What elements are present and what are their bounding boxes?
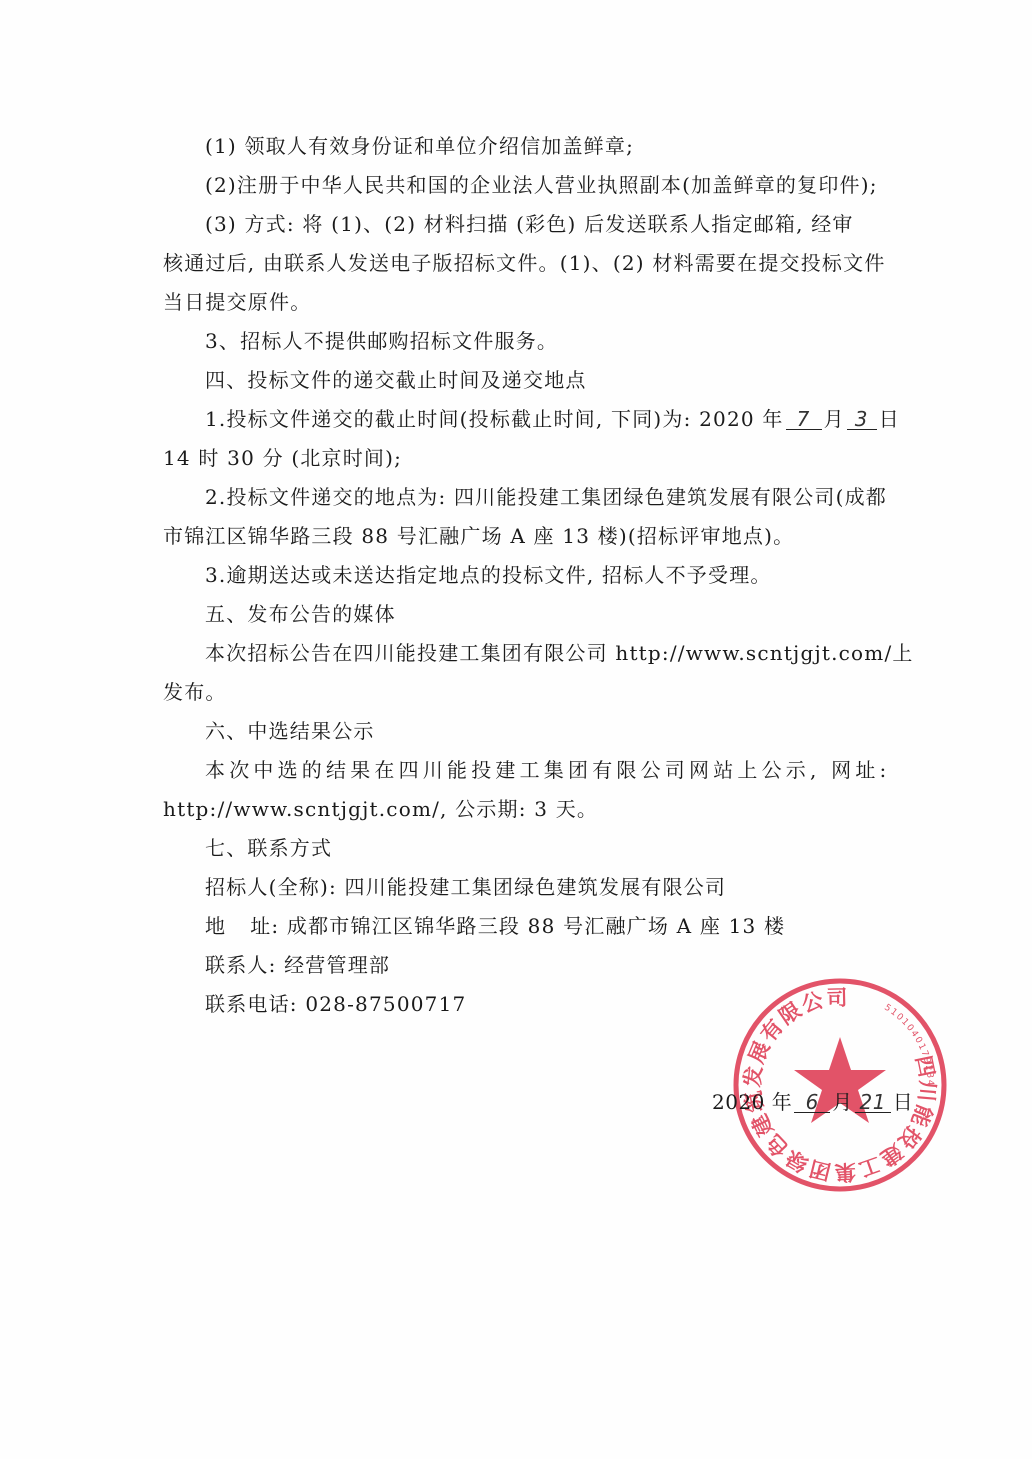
tenderer-label: 招标人(全称): bbox=[205, 875, 337, 899]
address-label-1: 地 bbox=[205, 914, 226, 938]
handwritten-deadline-day: 3 bbox=[847, 409, 877, 430]
handwritten-sign-day: 21 bbox=[855, 1092, 891, 1113]
phone-value: 028-87500717 bbox=[305, 992, 466, 1016]
section-heading-6: 六、中选结果公示 bbox=[205, 719, 925, 743]
contact-phone: 联系电话: 028-87500717 bbox=[205, 992, 925, 1016]
date-year: 2020 bbox=[712, 1090, 765, 1114]
contact-address: 地址: 成都市锦江区锦华路三段 88 号汇融广场 A 座 13 楼 bbox=[205, 914, 925, 938]
address-label-2: 址: bbox=[250, 914, 279, 938]
day-unit: 日 bbox=[879, 407, 900, 431]
paragraph-requirement-3-line1: (3) 方式: 将 (1)、(2) 材料扫描 (彩色) 后发送联系人指定邮箱, … bbox=[205, 212, 925, 236]
phone-label: 联系电话: bbox=[205, 992, 298, 1016]
handwritten-sign-month: 6 bbox=[794, 1092, 830, 1113]
section-heading-5: 五、发布公告的媒体 bbox=[205, 602, 925, 626]
location-line2: 市锦江区锦华路三段 88 号汇融广场 A 座 13 楼)(招标评审地点)。 bbox=[163, 524, 883, 548]
media-line2: 发布。 bbox=[163, 680, 883, 704]
result-line1: 本次中选的结果在四川能投建工集团有限公司网站上公示, 网址: bbox=[205, 758, 925, 782]
tenderer-value: 四川能投建工集团绿色建筑发展有限公司 bbox=[345, 875, 727, 899]
paragraph-no-mail-order: 3、招标人不提供邮购招标文件服务。 bbox=[205, 329, 925, 353]
late-submission-note: 3.逾期送达或未送达指定地点的投标文件, 招标人不予受理。 bbox=[205, 563, 925, 587]
person-label: 联系人: bbox=[205, 953, 277, 977]
contact-tenderer: 招标人(全称): 四川能投建工集团绿色建筑发展有限公司 bbox=[205, 875, 925, 899]
paragraph-requirement-3-line3: 当日提交原件。 bbox=[163, 290, 883, 314]
address-value: 成都市锦江区锦华路三段 88 号汇融广场 A 座 13 楼 bbox=[287, 914, 785, 938]
signature-date: 2020 年6月21日 bbox=[712, 1090, 913, 1114]
section-heading-7: 七、联系方式 bbox=[205, 836, 925, 860]
date-month-unit: 月 bbox=[832, 1090, 853, 1114]
paragraph-requirement-3-line2: 核通过后, 由联系人发送电子版招标文件。(1)、(2) 材料需要在提交投标文件 bbox=[163, 251, 883, 275]
handwritten-deadline-month: 7 bbox=[786, 409, 822, 430]
paragraph-requirement-2: (2)注册于中华人民共和国的企业法人营业执照副本(加盖鲜章的复印件); bbox=[205, 173, 925, 197]
document-page: (1) 领取人有效身份证和单位介绍信加盖鲜章; (2)注册于中华人民共和国的企业… bbox=[0, 0, 1032, 1459]
deadline-line2: 14 时 30 分 (北京时间); bbox=[163, 446, 883, 470]
deadline-line1: 1.投标文件递交的截止时间(投标截止时间, 下同)为: 2020 年7月3日 bbox=[205, 407, 925, 431]
deadline-prefix: 1.投标文件递交的截止时间(投标截止时间, 下同)为: 2020 年 bbox=[205, 407, 784, 431]
section-heading-4: 四、投标文件的递交截止时间及递交地点 bbox=[205, 368, 925, 392]
result-line2: http://www.scntjgjt.com/, 公示期: 3 天。 bbox=[163, 797, 883, 821]
media-line1: 本次招标公告在四川能投建工集团有限公司 http://www.scntjgjt.… bbox=[205, 641, 925, 665]
month-unit: 月 bbox=[824, 407, 845, 431]
person-value: 经营管理部 bbox=[284, 953, 390, 977]
date-year-unit: 年 bbox=[772, 1090, 793, 1114]
paragraph-requirement-1: (1) 领取人有效身份证和单位介绍信加盖鲜章; bbox=[205, 134, 925, 158]
date-day-unit: 日 bbox=[893, 1090, 914, 1114]
location-line1: 2.投标文件递交的地点为: 四川能投建工集团绿色建筑发展有限公司(成都 bbox=[205, 485, 925, 509]
contact-person: 联系人: 经营管理部 bbox=[205, 953, 925, 977]
